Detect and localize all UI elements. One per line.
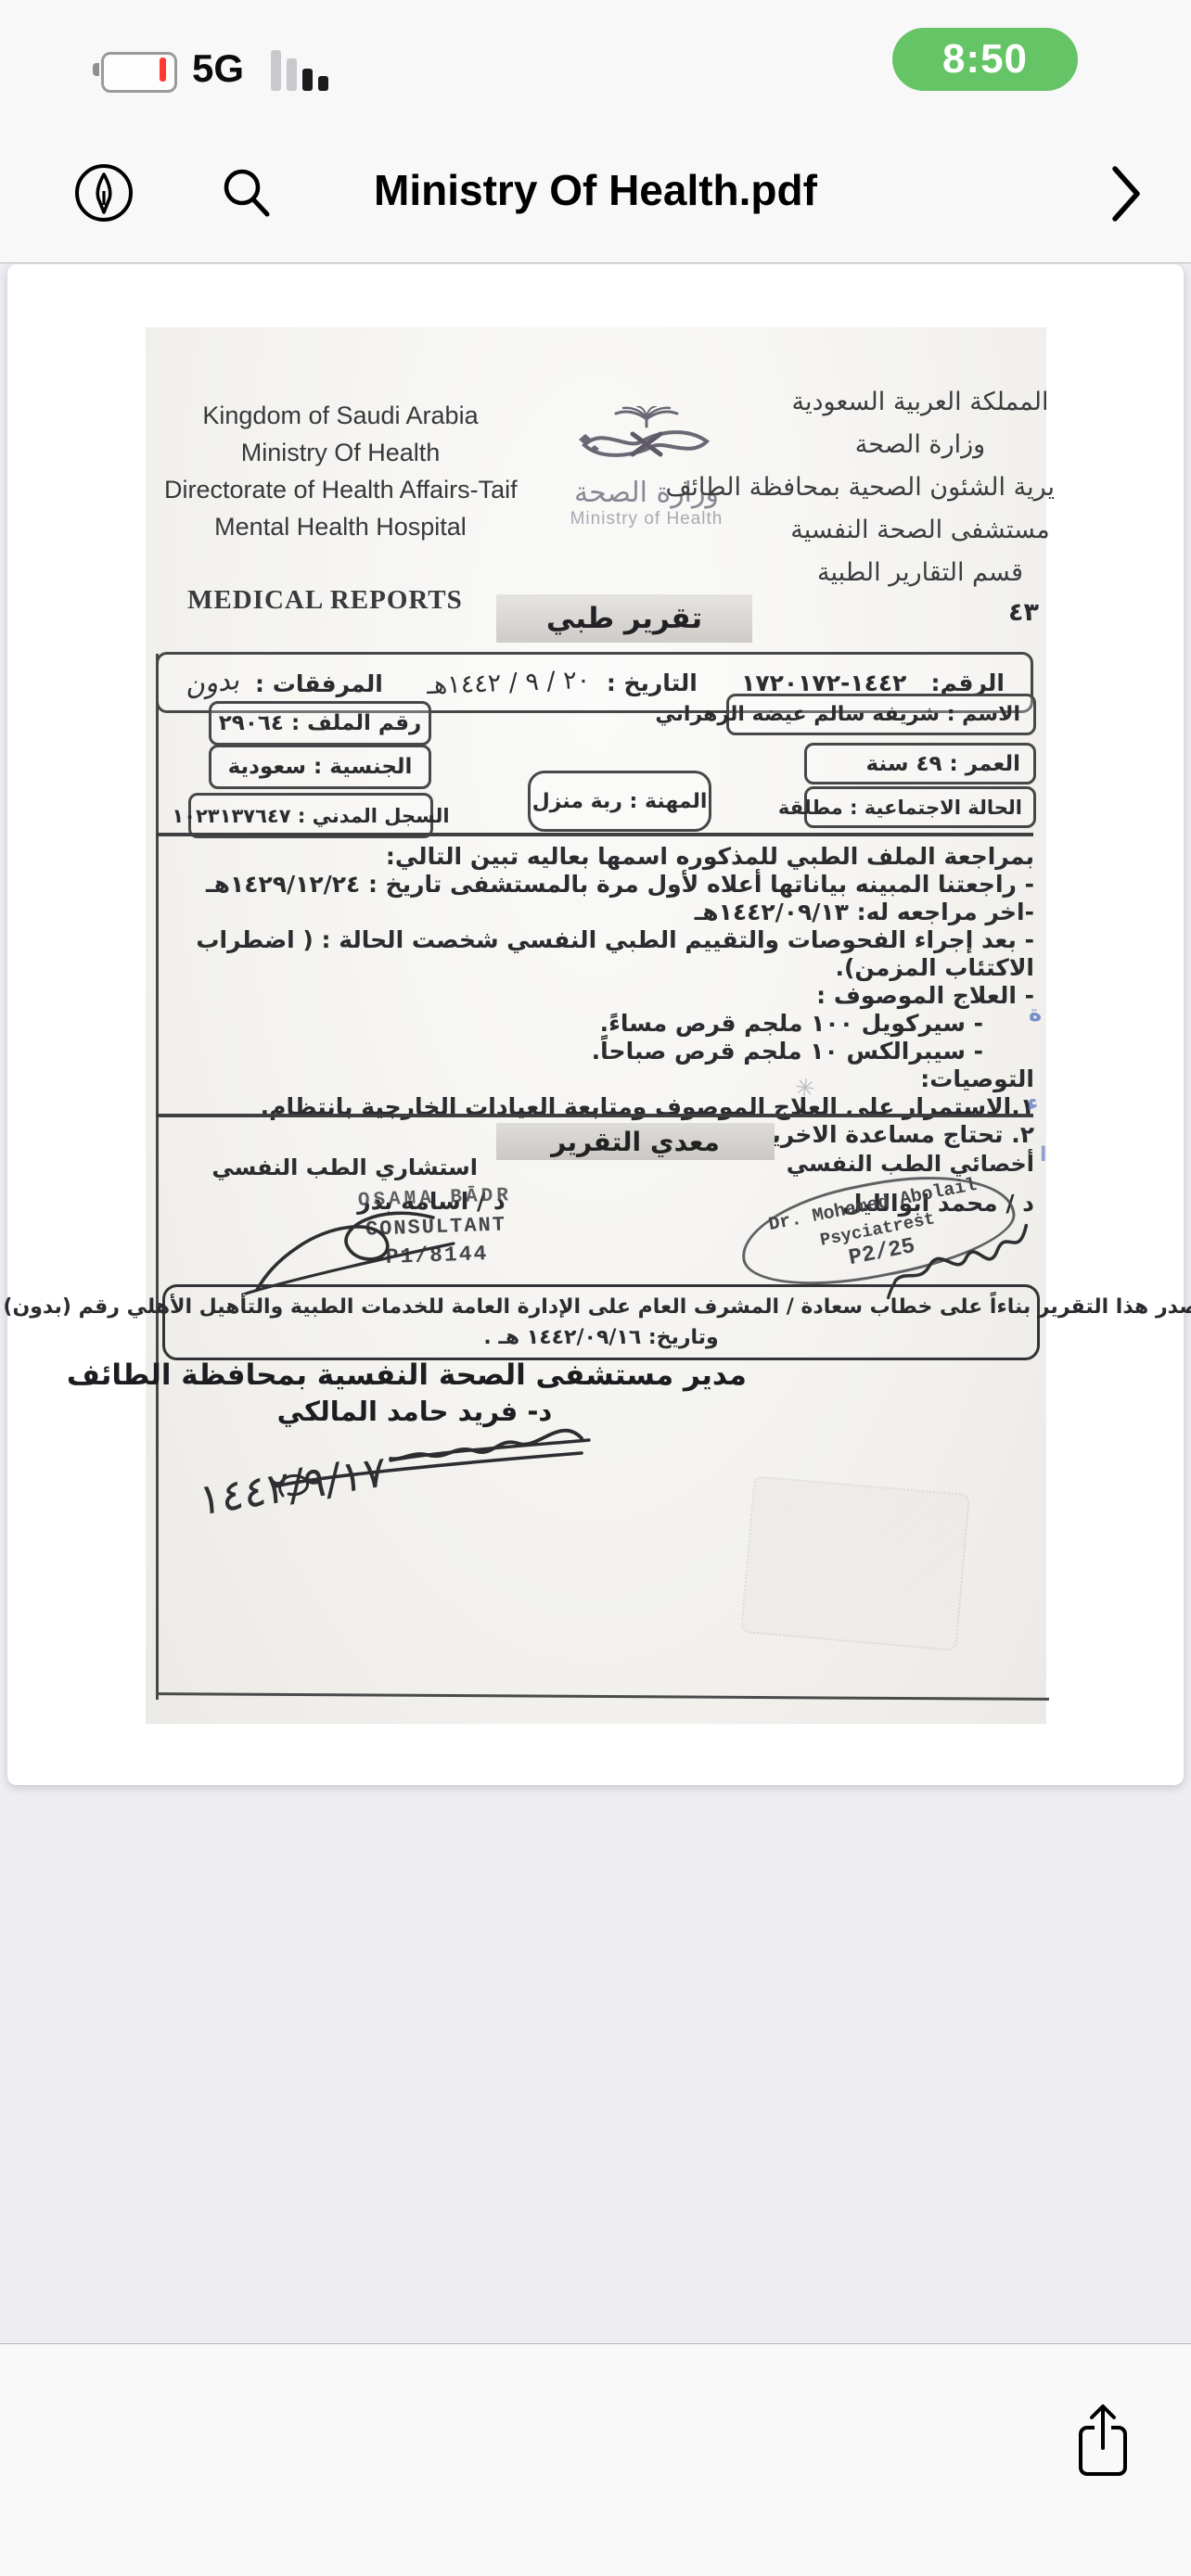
preparers-banner: معدي التقرير	[496, 1123, 775, 1160]
scanned-document: Kingdom of Saudi Arabia Ministry Of Heal…	[146, 327, 1046, 1724]
page-number: ٤٣	[1008, 598, 1039, 627]
body-line: - العلاج الموصوف :	[164, 982, 1034, 1010]
issuance-line: وتاريخ: ١٤٤٢/٠٩/١٦ هـ .	[483, 1322, 718, 1353]
occupation-value: المهنة : ربة منزل	[532, 790, 708, 813]
pdf-toolbar: Ministry Of Health.pdf	[0, 130, 1191, 261]
body-line: - سيركويل ١٠٠ ملجم قرص مساءً.	[164, 1010, 1034, 1038]
iphone-screen: 5G 8:50	[0, 0, 1191, 2576]
divider-heavy	[156, 833, 1033, 836]
blue-pen-mark: ا	[1040, 1143, 1047, 1167]
right-preparer-title: أخصائي الطب النفسي	[795, 1151, 1034, 1177]
occupation-field: المهنة : ربة منزل	[528, 771, 711, 832]
share-button[interactable]	[1074, 2402, 1132, 2480]
letterhead-en-line: Ministry Of Health	[164, 434, 517, 471]
letterhead-ar-line: يرية الشئون الصحية بمحافظة الطائف	[786, 466, 1055, 509]
pdf-viewer[interactable]: Kingdom of Saudi Arabia Ministry Of Heal…	[0, 262, 1191, 2343]
marital-value: الحالة الاجتماعية : مطلقة	[778, 797, 1022, 819]
markup-icon	[72, 161, 135, 224]
logo-english-text: Ministry of Health	[554, 509, 739, 529]
faint-stamp-residue	[740, 1475, 970, 1651]
letterhead-ar-line: المملكة العربية السعودية	[786, 381, 1055, 424]
marital-field: الحالة الاجتماعية : مطلقة	[804, 786, 1036, 828]
letterhead-ar-line: قسم التقارير الطبية	[786, 552, 1055, 594]
civil-id-field: السجل المدني : ١٠٢٣١٣٧٦٤٧	[188, 793, 433, 838]
attachments-label: المرفقات :	[255, 670, 383, 697]
number-label: الرقم:	[931, 670, 1005, 696]
network-label: 5G	[192, 46, 244, 91]
body-line: -اخر مراجعه له: ١٤٤٢/٠٩/١٣هـ	[164, 899, 1034, 926]
status-time: 8:50	[942, 36, 1028, 83]
body-line: - سيبرالكس ١٠ ملجم قرص صباحاً.	[164, 1038, 1034, 1065]
signal-bars-icon	[271, 48, 336, 91]
table-left-border	[156, 654, 159, 1700]
letterhead-en-line: Directorate of Health Affairs-Taif	[164, 471, 517, 508]
chevron-right-icon	[1106, 161, 1146, 226]
page-card[interactable]: Kingdom of Saudi Arabia Ministry Of Heal…	[7, 264, 1184, 1785]
watermark-moh-icon: ✳	[793, 1073, 817, 1104]
name-value: الاسم : شريفه سالم عيضه الزهراني	[655, 703, 1020, 726]
blue-pen-mark: ء	[1027, 1090, 1038, 1116]
moh-emblem-icon	[568, 406, 725, 473]
issuance-box: صدر هذا التقرير بناءاً على خطاب سعادة / …	[162, 1284, 1040, 1360]
status-bar: 5G 8:50	[0, 0, 1191, 102]
divider-heavy	[156, 1114, 1033, 1117]
body-line: بمراجعة الملف الطبي للمذكوره اسمها بعالي…	[164, 843, 1034, 871]
letterhead-ar-line: وزارة الصحة	[786, 424, 1055, 466]
date-label: التاريخ :	[607, 670, 698, 696]
letterhead-arabic: المملكة العربية السعودية وزارة الصحة يري…	[786, 381, 1055, 594]
report-body: بمراجعة الملف الطبي للمذكوره اسمها بعالي…	[164, 843, 1034, 1149]
letterhead-en-line: Mental Health Hospital	[164, 508, 517, 545]
time-pill[interactable]: 8:50	[892, 28, 1078, 91]
letterhead-ar-line: مستشفى الصحة النفسية	[786, 509, 1055, 552]
report-title-banner: تقرير طبي	[496, 594, 752, 643]
letterhead-en-line: Kingdom of Saudi Arabia	[164, 397, 517, 434]
battery-low-icon	[93, 52, 176, 87]
bottom-toolbar	[0, 2343, 1191, 2576]
document-title: Ministry Of Health.pdf	[224, 165, 967, 215]
body-line: التوصيات:	[164, 1065, 1034, 1093]
top-chrome: 5G 8:50	[0, 0, 1191, 263]
body-line: - بعد إجراء الفحوصات والتقييم الطبي النف…	[164, 926, 1034, 982]
nationality-value: الجنسية : سعودية	[228, 755, 413, 779]
attachments-value: بدون	[183, 664, 240, 702]
date-value: ٢٠ / ٩ / ١٤٤٢هـ	[427, 665, 591, 699]
director-title: مدير مستشفى الصحة النفسية بمحافظة الطائف	[190, 1358, 747, 1392]
body-line: - راجعتنا المبينه بياناتها أعلاه لأول مر…	[164, 871, 1034, 899]
age-value: العمر : ٤٩ سنة	[866, 752, 1021, 776]
medical-reports-label: MEDICAL REPORTS	[187, 585, 463, 616]
forward-button[interactable]	[1106, 161, 1146, 226]
name-field: الاسم : شريفه سالم عيضه الزهراني	[726, 694, 1036, 735]
left-preparer-title: استشاري الطب النفسي	[246, 1154, 478, 1180]
age-field: العمر : ٤٩ سنة	[804, 743, 1036, 784]
letterhead-english: Kingdom of Saudi Arabia Ministry Of Heal…	[164, 397, 517, 545]
share-icon	[1074, 2402, 1132, 2480]
file-no-field: رقم الملف : ٢٩٠٦٤	[209, 701, 431, 746]
markup-button[interactable]	[72, 161, 135, 224]
file-no-value: رقم الملف : ٢٩٠٦٤	[219, 711, 421, 735]
page-bottom-rule	[159, 1692, 1049, 1701]
issuance-line: صدر هذا التقرير بناءاً على خطاب سعادة / …	[3, 1292, 1191, 1322]
nationality-field: الجنسية : سعودية	[209, 745, 431, 789]
blue-pen-mark: ة	[1029, 1001, 1042, 1027]
civil-id-value: السجل المدني : ١٠٢٣١٣٧٦٤٧	[172, 805, 449, 827]
number-value: ١٤٤٢-١٧٢٠١٧٢	[741, 670, 906, 696]
